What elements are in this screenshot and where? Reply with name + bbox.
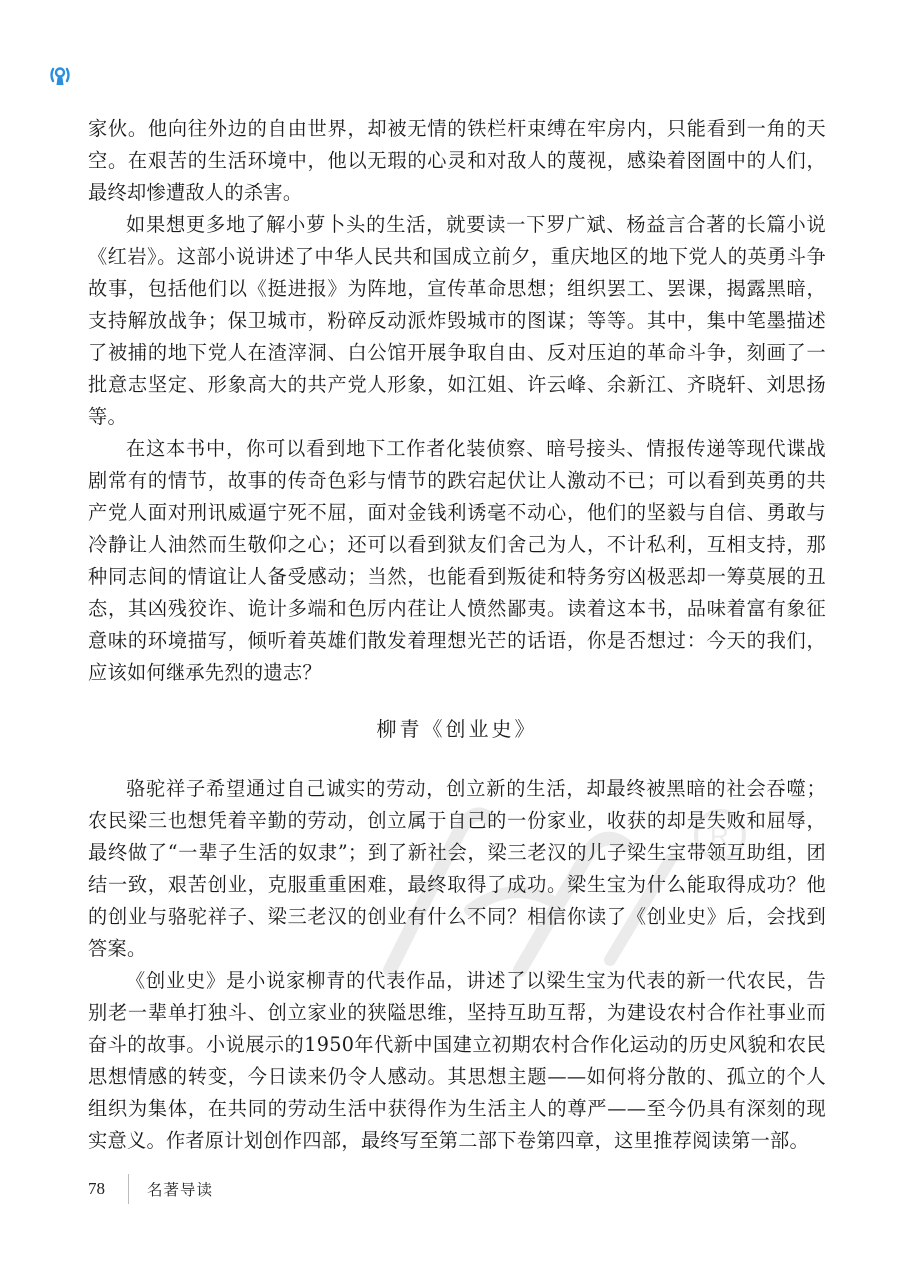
paragraph-prison-child: 家伙。他向往外边的自由世界，却被无情的铁栏杆束缚在牢房内，只能看到一角的天空。在… [88,113,826,209]
page-footer: 78 名著导读 [88,1174,213,1204]
paragraph-chuangyeshi-intro: 骆驼祥子希望通过自己诚实的劳动，创立新的生活，却最终被黑暗的社会吞噬；农民梁三也… [88,773,826,965]
page-number: 78 [88,1179,128,1199]
section-title: 柳青《创业史》 [88,707,826,751]
paragraph-red-crag-intro: 如果想更多地了解小萝卜头的生活，就要读一下罗广斌、杨益言合著的长篇小说《红岩》。… [88,209,826,433]
book-section-title: 名著导读 [147,1178,213,1200]
footer-divider [128,1174,129,1204]
paragraph-chuangyeshi-summary: 《创业史》是小说家柳青的代表作品，讲述了以梁生宝为代表的新一代农民，告别老一辈单… [88,965,826,1157]
radio-signal-person-icon [49,64,71,88]
paragraph-red-crag-content: 在这本书中，你可以看到地下工作者化装侦察、暗号接头、情报传递等现代谍战剧常有的情… [88,433,826,689]
page-content: 家伙。他向往外边的自由世界，却被无情的铁栏杆束缚在牢房内，只能看到一角的天空。在… [88,113,826,1157]
